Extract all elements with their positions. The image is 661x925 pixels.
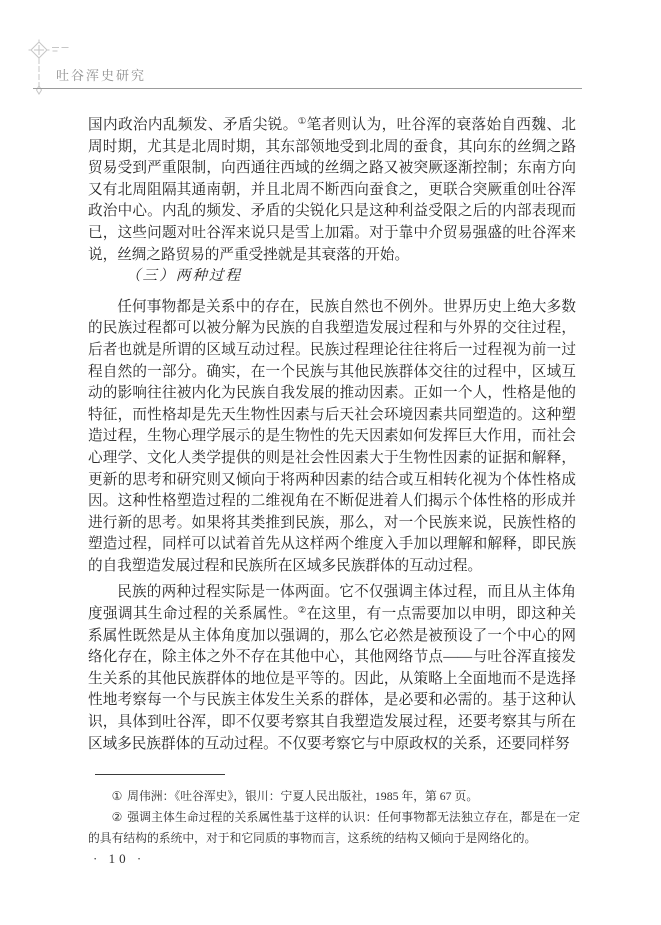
paragraph: 民族的两种过程实际是一体两面。它不仅强调主体过程，而且从主体角度强调其生命过程的… [88,582,576,755]
footnote-separator [95,774,225,775]
running-title: 吐谷浑史研究 [56,65,146,84]
footnote-text: 周伟洲：《吐谷浑史》，银川：宁夏人民出版社，1985 年，第 67 页。 [127,789,478,803]
paragraph-text: 国内政治内乱频发、矛盾尖锐。 [88,117,298,133]
paragraph-continuation: 国内政治内乱频发、矛盾尖锐。①笔者则认为，吐谷浑的衰落始自西魏、北周时期，尤其是… [88,115,576,266]
paragraph: 任何事物都是关系中的存在，民族自然也不例外。世界历史上绝大多数的民族过程都可以被… [88,297,576,578]
footnote-ref-2: ② [298,606,307,616]
footnote-text: 强调主体生命过程的关系属性基于这样的认识：任何事物都无法独立存在，都是在一定的具… [88,810,580,845]
footnote-marker: ② [112,810,123,824]
header-rule [33,88,582,89]
footnote-ref-1: ① [298,117,307,127]
footnotes-section: ①周伟洲：《吐谷浑史》，银川：宁夏人民出版社，1985 年，第 67 页。 ②强… [88,786,580,849]
section-heading: （三）两种过程 [88,266,576,288]
footnote-item: ①周伟洲：《吐谷浑史》，银川：宁夏人民出版社，1985 年，第 67 页。 [88,786,580,807]
paragraph-text: 在这里，有一点需要加以申明，即这种关系属性既然是从主体角度加以强调的，那么它必然… [88,606,576,752]
page-body: 国内政治内乱频发、矛盾尖锐。①笔者则认为，吐谷浑的衰落始自西魏、北周时期，尤其是… [88,115,576,755]
footnote-marker: ① [112,789,123,803]
paragraph-text: 笔者则认为，吐谷浑的衰落始自西魏、北周时期，尤其是北周时期，其东部领地受到北周的… [88,117,576,263]
book-page: 吐谷浑史研究 国内政治内乱频发、矛盾尖锐。①笔者则认为，吐谷浑的衰落始自西魏、北… [0,0,661,925]
footnote-item: ②强调主体生命过程的关系属性基于这样的认识：任何事物都无法独立存在，都是在一定的… [88,807,580,849]
page-number: · 10 · [93,851,145,867]
